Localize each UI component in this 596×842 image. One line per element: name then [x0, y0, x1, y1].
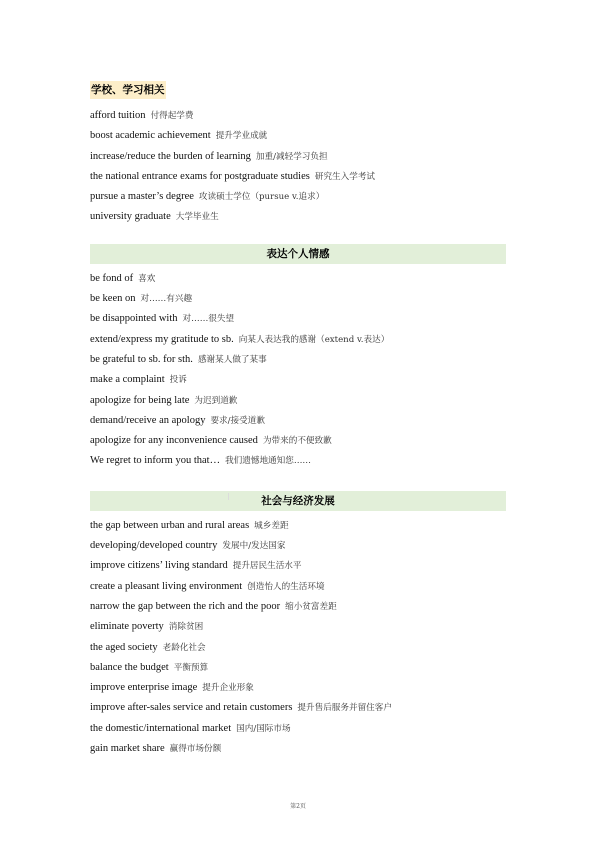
entry-english: the aged society	[90, 642, 158, 653]
section-heading: 学校、学习相关	[90, 81, 166, 99]
list-item: improve enterprise image提升企业形象	[90, 678, 506, 698]
entry-english: eliminate poverty	[90, 621, 164, 632]
entry-english: the gap between urban and rural areas	[90, 520, 249, 531]
entry-english: create a pleasant living environment	[90, 581, 242, 592]
list-item: improve citizens’ living standard提升居民生活水…	[90, 556, 506, 576]
list-item: the domestic/international market国内/国际市场	[90, 719, 506, 739]
list-item: be fond of喜欢	[90, 269, 506, 289]
spacer	[90, 228, 506, 244]
entry-chinese: 大学毕业生	[176, 212, 219, 222]
entry-english: boost academic achievement	[90, 130, 211, 141]
section-personal-emotions: 表达个人情感 be fond of喜欢 be keen on对……有兴趣 be …	[90, 244, 506, 472]
page-content: 学校、学习相关 afford tuition付得起学费 boost academ…	[90, 80, 506, 759]
entry-chinese: 提升学业成就	[216, 131, 268, 141]
entry-english: developing/developed country	[90, 540, 217, 551]
entry-english: narrow the gap between the rich and the …	[90, 601, 280, 612]
spacer	[90, 472, 506, 491]
list-item: apologize for any inconvenience caused为带…	[90, 431, 506, 451]
document-page: 学校、学习相关 afford tuition付得起学费 boost academ…	[0, 0, 596, 842]
list-item: increase/reduce the burden of learning加重…	[90, 147, 506, 167]
entry-chinese: 老龄化社会	[163, 643, 206, 653]
list-item: be keen on对……有兴趣	[90, 289, 506, 309]
entry-chinese: 投诉	[170, 375, 187, 385]
list-item: university graduate大学毕业生	[90, 207, 506, 227]
entry-chinese: 攻读硕士学位（pursue v.追求）	[199, 192, 324, 202]
entry-list: afford tuition付得起学费 boost academic achie…	[90, 106, 506, 228]
entry-english: apologize for any inconvenience caused	[90, 435, 258, 446]
list-item: developing/developed country发展中/发达国家	[90, 536, 506, 556]
list-item: demand/receive an apology要求/接受道歉	[90, 411, 506, 431]
list-item: afford tuition付得起学费	[90, 106, 506, 126]
list-item: be grateful to sb. for sth.感谢某人做了某事	[90, 350, 506, 370]
section-heading-text: 社会与经济发展	[261, 495, 335, 507]
entry-chinese: 提升售后服务并留住客户	[297, 703, 392, 713]
entry-english: afford tuition	[90, 110, 146, 121]
entry-chinese: 国内/国际市场	[236, 724, 290, 734]
entry-chinese: 赢得市场份额	[170, 744, 222, 754]
entry-chinese: 感谢某人做了某事	[198, 355, 267, 365]
entry-english: the domestic/international market	[90, 723, 231, 734]
entry-chinese: 对……很失望	[183, 314, 235, 324]
list-item: extend/express my gratitude to sb.向某人表达我…	[90, 330, 506, 350]
entry-english: be grateful to sb. for sth.	[90, 354, 193, 365]
list-item: improve after-sales service and retain c…	[90, 698, 506, 718]
entry-chinese: 创造怡人的生活环境	[247, 582, 324, 592]
list-item: We regret to inform you that…我们遗憾地通知您……	[90, 451, 506, 471]
entry-english: university graduate	[90, 211, 171, 222]
entry-english: make a complaint	[90, 374, 165, 385]
entry-english: balance the budget	[90, 662, 169, 673]
list-item: balance the budget平衡预算	[90, 658, 506, 678]
entry-english: improve enterprise image	[90, 682, 197, 693]
entry-chinese: 要求/接受道歉	[210, 416, 264, 426]
page-number: 第2页	[0, 801, 596, 810]
entry-chinese: 加重/减轻学习负担	[256, 152, 328, 162]
section-social-economic-development: 社会与经济发展 the gap between urban and rural …	[90, 491, 506, 760]
stray-mark	[228, 493, 229, 500]
list-item: the national entrance exams for postgrad…	[90, 167, 506, 187]
entry-chinese: 向某人表达我的感谢（extend v.表达）	[239, 335, 390, 345]
entry-english: be keen on	[90, 293, 135, 304]
entry-english: improve after-sales service and retain c…	[90, 702, 292, 713]
entry-english: gain market share	[90, 743, 165, 754]
list-item: the gap between urban and rural areas城乡差…	[90, 516, 506, 536]
entry-chinese: 平衡预算	[174, 663, 208, 673]
entry-chinese: 付得起学费	[151, 111, 194, 121]
list-item: apologize for being late为迟到道歉	[90, 391, 506, 411]
entry-chinese: 缩小贫富差距	[285, 602, 337, 612]
entry-chinese: 对……有兴趣	[140, 294, 192, 304]
list-item: create a pleasant living environment创造怡人…	[90, 577, 506, 597]
entry-list: the gap between urban and rural areas城乡差…	[90, 516, 506, 760]
entry-english: demand/receive an apology	[90, 415, 205, 426]
entry-chinese: 为迟到道歉	[194, 396, 237, 406]
entry-list: be fond of喜欢 be keen on对……有兴趣 be disappo…	[90, 269, 506, 472]
entry-english: be fond of	[90, 273, 133, 284]
entry-english: be disappointed with	[90, 313, 178, 324]
list-item: eliminate poverty消除贫困	[90, 617, 506, 637]
list-item: narrow the gap between the rich and the …	[90, 597, 506, 617]
entry-chinese: 为带来的不便致歉	[263, 436, 332, 446]
entry-english: improve citizens’ living standard	[90, 560, 228, 571]
list-item: make a complaint投诉	[90, 370, 506, 390]
section-heading: 社会与经济发展	[90, 491, 506, 511]
section-school-study: 学校、学习相关 afford tuition付得起学费 boost academ…	[90, 80, 506, 228]
entry-chinese: 提升企业形象	[202, 683, 254, 693]
list-item: be disappointed with对……很失望	[90, 309, 506, 329]
entry-english: extend/express my gratitude to sb.	[90, 334, 234, 345]
list-item: gain market share赢得市场份额	[90, 739, 506, 759]
entry-chinese: 我们遗憾地通知您……	[225, 456, 311, 466]
entry-english: increase/reduce the burden of learning	[90, 151, 251, 162]
entry-chinese: 研究生入学考试	[315, 172, 375, 182]
entry-english: apologize for being late	[90, 395, 189, 406]
entry-chinese: 喜欢	[138, 274, 155, 284]
list-item: boost academic achievement提升学业成就	[90, 126, 506, 146]
section-heading: 表达个人情感	[90, 244, 506, 264]
list-item: pursue a master’s degree攻读硕士学位（pursue v.…	[90, 187, 506, 207]
entry-chinese: 消除贫困	[169, 622, 203, 632]
entry-english: We regret to inform you that…	[90, 455, 220, 466]
list-item: the aged society老龄化社会	[90, 638, 506, 658]
entry-chinese: 城乡差距	[254, 521, 288, 531]
entry-english: the national entrance exams for postgrad…	[90, 171, 310, 182]
entry-chinese: 发展中/发达国家	[222, 541, 285, 551]
entry-english: pursue a master’s degree	[90, 191, 194, 202]
entry-chinese: 提升居民生活水平	[233, 561, 302, 571]
